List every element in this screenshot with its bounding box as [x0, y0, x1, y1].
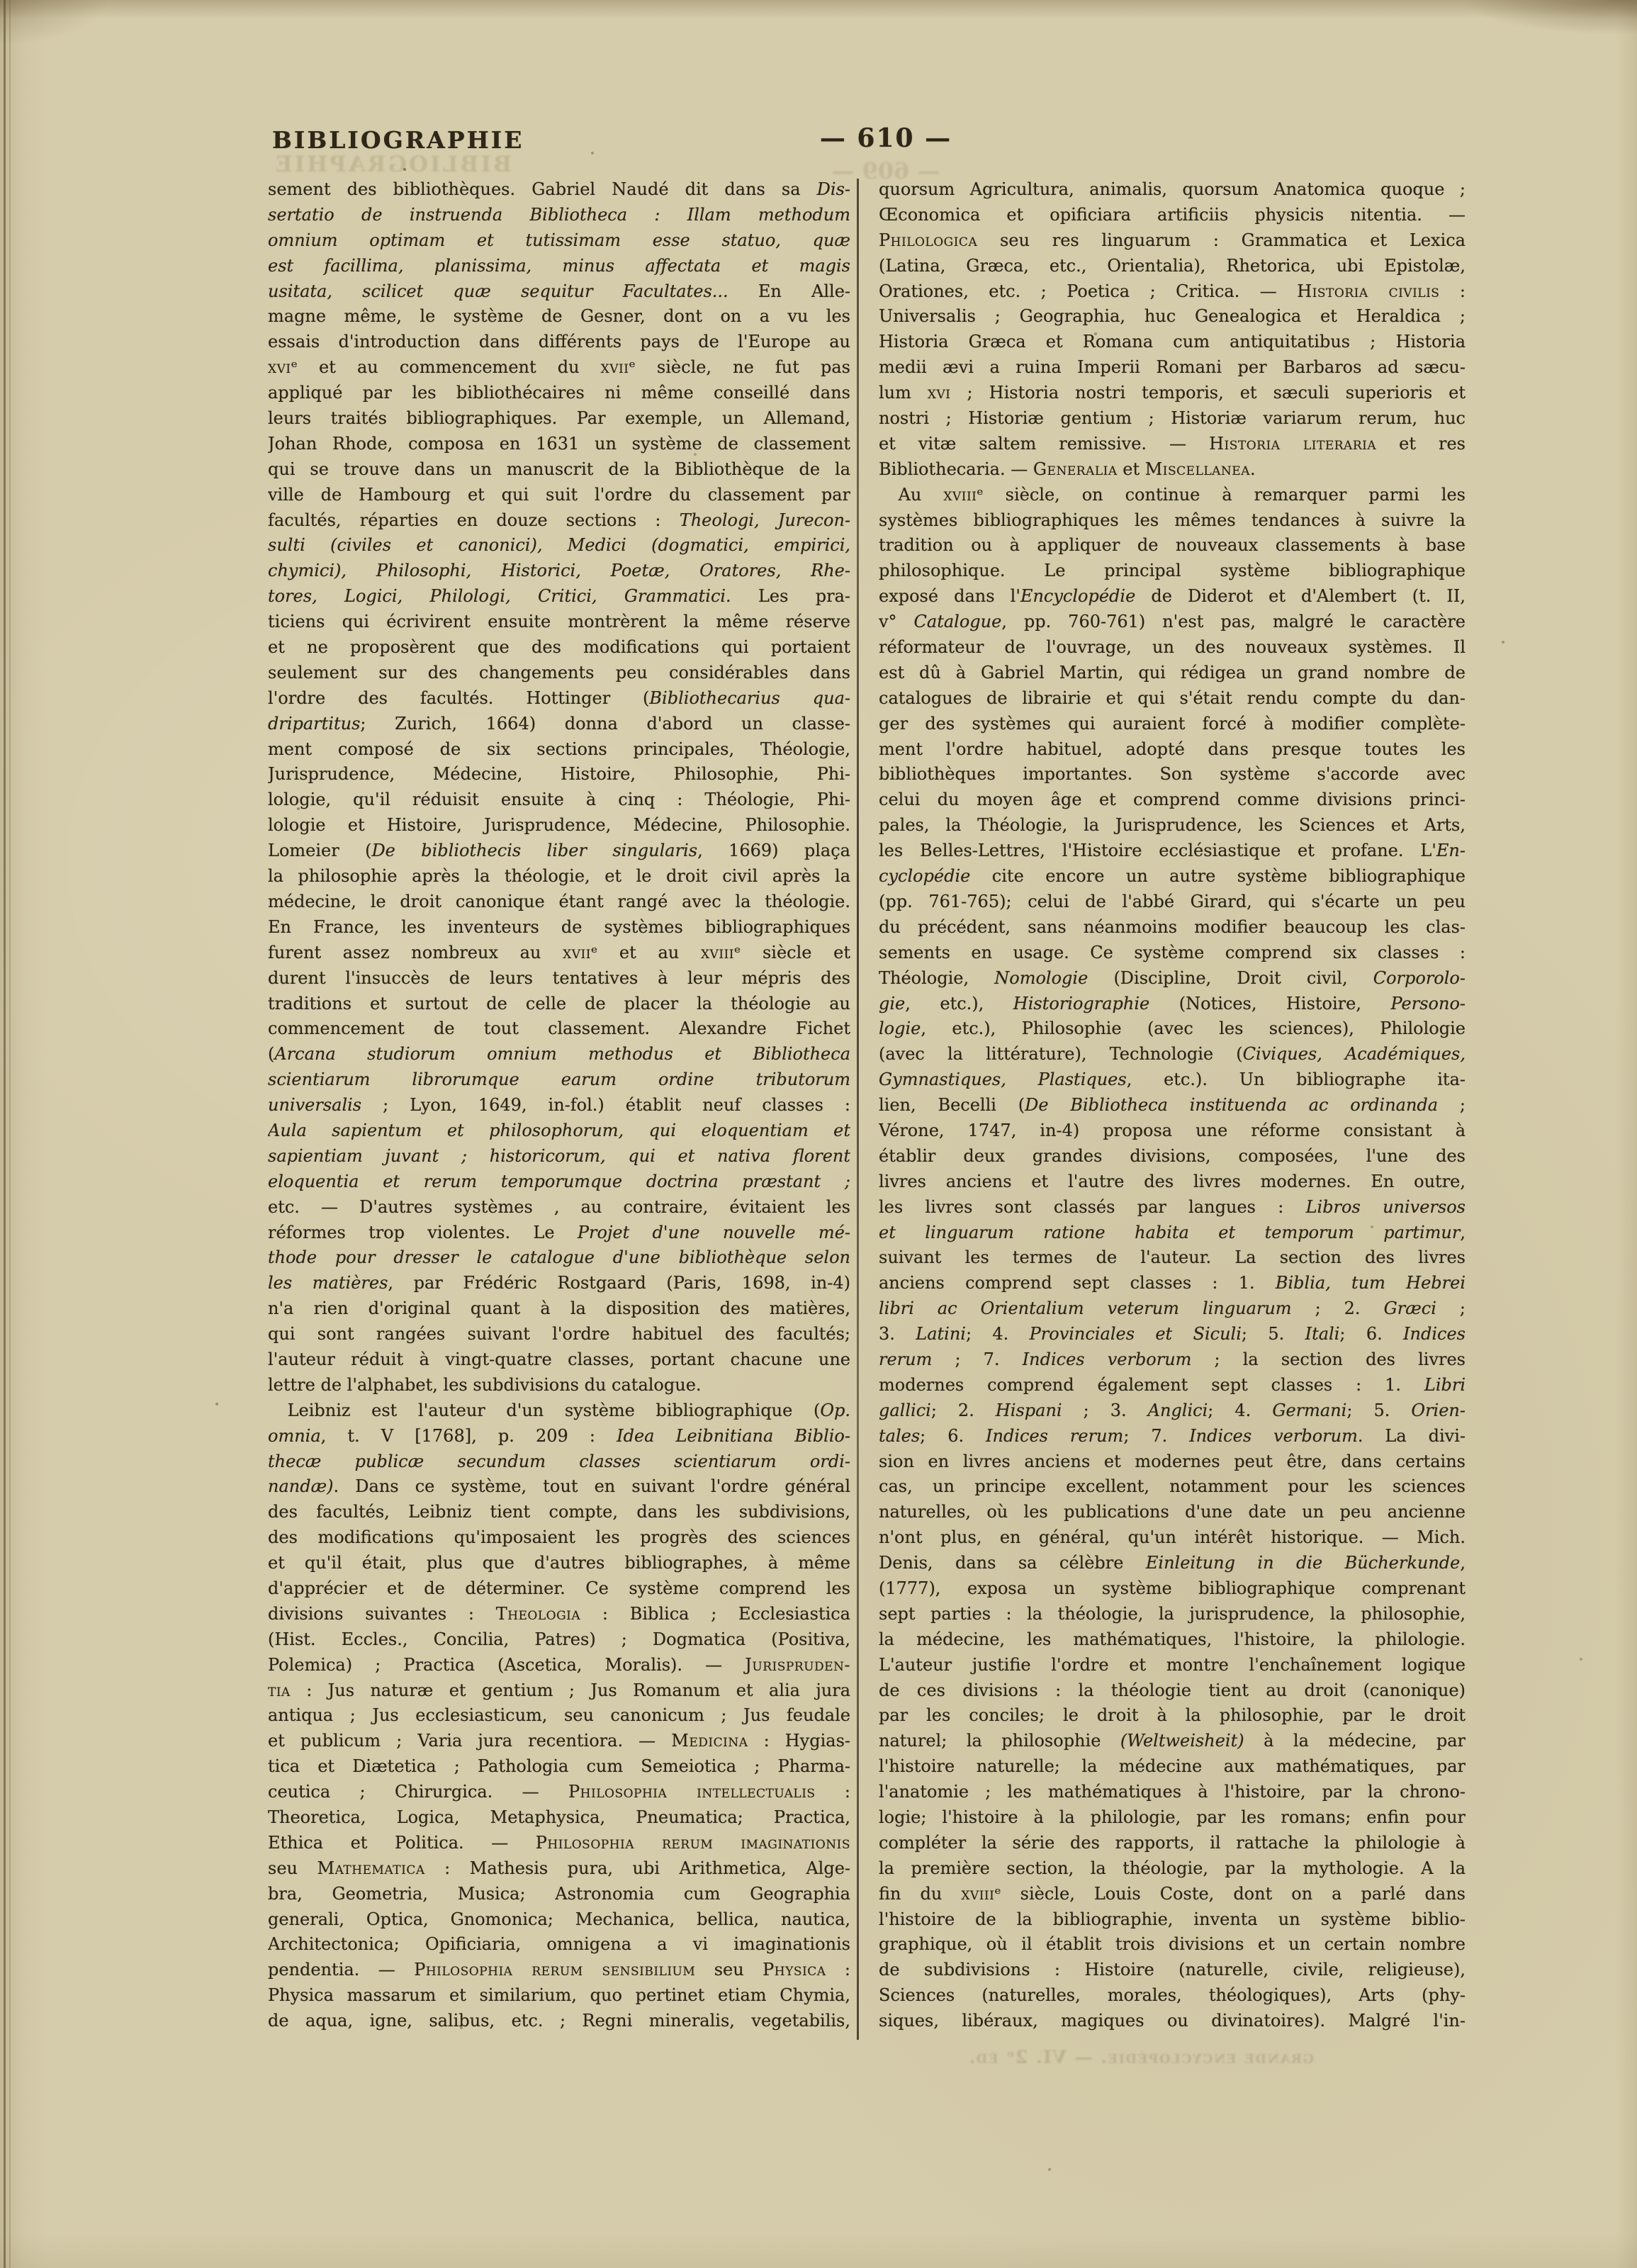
text-line: cas, un principe excellent, notamment po…	[879, 1474, 1466, 1500]
text-line: lum xvi ; Historia nostri temporis, et s…	[879, 381, 1466, 406]
text-line: quorsum Agricultura, animalis, quorsum A…	[879, 177, 1466, 203]
text-line: ger des systèmes qui auraient forcé à mo…	[879, 712, 1466, 737]
text-line: gallici; 2. Hispani ; 3. Anglici; 4. Ger…	[879, 1398, 1466, 1424]
text-line: L'auteur justifie l'ordre et montre l'en…	[879, 1653, 1466, 1678]
text-line: gie, etc.), Historiographie (Notices, Hi…	[879, 992, 1466, 1017]
text-line: thode pour dresser le catalogue d'une bi…	[268, 1245, 850, 1271]
text-line: thecæ publicæ secundum classes scientiar…	[268, 1449, 850, 1475]
text-line: usitata, scilicet quæ sequitur Facultate…	[268, 279, 850, 305]
text-line: generali, Optica, Gnomonica; Mechanica, …	[268, 1907, 850, 1933]
text-line: dripartitus; Zurich, 1664) donna d'abord…	[268, 712, 850, 737]
text-line: la première section, la théologie, par l…	[879, 1856, 1466, 1882]
left-text-column: sement des bibliothèques. Gabriel Naudé …	[268, 177, 850, 2034]
column-divider-rule	[857, 179, 859, 2040]
text-line: lologie, qu'il réduisit ensuite à cinq :…	[268, 787, 850, 813]
text-line: Theoretica, Logica, Metaphysica, Pneumat…	[268, 1805, 850, 1831]
text-line: modernes comprend également sept classes…	[879, 1373, 1466, 1398]
text-line: tales; 6. Indices rerum; 7. Indices verb…	[879, 1424, 1466, 1449]
text-line: Bibliothecaria. — Generalia et Miscellan…	[879, 457, 1466, 483]
text-line: universalis ; Lyon, 1649, in-fol.) établ…	[268, 1093, 850, 1118]
text-line: 3. Latini; 4. Provinciales et Siculi; 5.…	[879, 1322, 1466, 1347]
text-line: la philosophie après la théologie, et le…	[268, 864, 850, 889]
text-line: tia : Jus naturæ et gentium ; Jus Romanu…	[268, 1678, 850, 1704]
text-line: les livres sont classés par langues : Li…	[879, 1195, 1466, 1220]
book-page: BIBLIOGRAPHIE BIBLIOGRAPHIE — 610 — — 60…	[0, 0, 1637, 2268]
text-line: et vitæ saltem remissive. — Historia lit…	[879, 432, 1466, 457]
text-line: Ethica et Politica. — Philosophia rerum …	[268, 1831, 850, 1856]
text-line: Sciences (naturelles, morales, théologiq…	[879, 1983, 1466, 2009]
text-line: systèmes bibliographiques les mêmes tend…	[879, 508, 1466, 534]
text-line: l'ordre des facultés. Hottinger (Bibliot…	[268, 686, 850, 712]
text-line: v° Catalogue, pp. 760-761) n'est pas, ma…	[879, 610, 1466, 635]
text-line: Orationes, etc. ; Poetica ; Critica. — H…	[879, 279, 1466, 305]
text-line: compléter la série des rapports, il ratt…	[879, 1831, 1466, 1856]
text-line: établir deux grandes divisions, composée…	[879, 1144, 1466, 1169]
text-line: (Hist. Eccles., Concilia, Patres) ; Dogm…	[268, 1627, 850, 1653]
text-line: Philologica seu res linguarum : Grammati…	[879, 228, 1466, 254]
text-line: scientiarum librorumque earum ordine tri…	[268, 1067, 850, 1093]
text-line: eloquentia et rerum temporumque doctrina…	[268, 1169, 850, 1195]
text-line: sulti (civiles et canonici), Medici (dog…	[268, 533, 850, 558]
text-line: Gymnastiques, Plastiques, etc.). Un bibl…	[879, 1067, 1466, 1093]
text-line: ceutica ; Chirurgica. — Philosophia inte…	[268, 1780, 850, 1805]
text-line: qui sont rangées suivant l'ordre habitue…	[268, 1322, 850, 1347]
text-line: lettre de l'alphabet, les subdivisions d…	[268, 1373, 850, 1398]
text-line: cyclopédie cite encore un autre système …	[879, 864, 1466, 889]
text-line: sapientiam juvant ; historicorum, qui et…	[268, 1144, 850, 1169]
text-line: suivant les termes de l'auteur. La secti…	[879, 1245, 1466, 1271]
text-line: et qu'il était, plus que d'autres biblio…	[268, 1551, 850, 1576]
text-line: etc. — D'autres systèmes , au contraire,…	[268, 1195, 850, 1220]
page-number: — 610 —	[744, 123, 1028, 153]
text-line: Polemica) ; Practica (Ascetica, Moralis)…	[268, 1653, 850, 1678]
text-line: l'anatomie ; les mathématiques à l'histo…	[879, 1780, 1466, 1805]
text-line: sept parties : la théologie, la jurispru…	[879, 1602, 1466, 1627]
text-line: logie; l'histoire à la philologie, par l…	[879, 1805, 1466, 1831]
text-line: divisions suivantes : Theologia : Biblic…	[268, 1602, 850, 1627]
text-line: l'auteur réduit à vingt-quatre classes, …	[268, 1347, 850, 1373]
text-line: sertatio de instruenda Bibliotheca : Ill…	[268, 203, 850, 228]
text-line: xviᵉ et au commencement du xviiᵉ siècle,…	[268, 355, 850, 381]
text-line: et ne proposèrent que des modifications …	[268, 635, 850, 661]
text-line: pales, la Théologie, la Jurisprudence, l…	[879, 813, 1466, 838]
text-line: de ces divisions : la théologie tient au…	[879, 1678, 1466, 1704]
running-title-showthrough: BIBLIOGRAPHIE	[274, 152, 512, 177]
text-line: philosophique. Le principal système bibl…	[879, 558, 1466, 584]
text-line: d'apprécier et de déterminer. Ce système…	[268, 1576, 850, 1602]
text-line: Denis, dans sa célèbre Einleitung in die…	[879, 1551, 1466, 1576]
text-line: fin du xviiiᵉ siècle, Louis Coste, dont …	[879, 1882, 1466, 1907]
text-line: (1777), exposa un système bibliographiqu…	[879, 1576, 1466, 1602]
text-line: Aula sapientum et philosophorum, qui elo…	[268, 1118, 850, 1144]
running-title: BIBLIOGRAPHIE	[272, 126, 524, 154]
text-line: de aqua, igne, salibus, etc. ; Regni min…	[268, 2009, 850, 2034]
text-line: les matières, par Frédéric Rostgaard (Pa…	[268, 1271, 850, 1296]
text-line: (Arcana studiorum omnium methodus et Bib…	[268, 1042, 850, 1067]
text-line: logie, etc.), Philosophie (avec les scie…	[879, 1016, 1466, 1042]
text-line: lologie et Histoire, Jurisprudence, Méde…	[268, 813, 850, 838]
text-line: ment composé de six sections principales…	[268, 737, 850, 763]
text-line: durent l'insuccès de leurs tentatives à …	[268, 966, 850, 992]
text-line: antiqua ; Jus ecclesiasticum, seu canoni…	[268, 1703, 850, 1729]
text-line: commencement de tout classement. Alexand…	[268, 1016, 850, 1042]
text-line: par les conciles; le droit à la philosop…	[879, 1703, 1466, 1729]
text-line: omnium optimam et tutissimam esse statuo…	[268, 228, 850, 254]
text-line: réformateur de l'ouvrage, un des nouveau…	[879, 635, 1466, 661]
text-line: Universalis ; Geographia, huc Genealogic…	[879, 304, 1466, 330]
text-line: Au xviiiᵉ siècle, on continue à remarque…	[879, 483, 1466, 508]
text-line: seulement sur des changements peu consid…	[268, 661, 850, 686]
text-line: du précédent, sans néanmoins modifier be…	[879, 915, 1466, 941]
text-line: magne même, le système de Gesner, dont o…	[268, 304, 850, 330]
text-line: omnia, t. V [1768], p. 209 : Idea Leibni…	[268, 1424, 850, 1449]
text-line: catalogues de librairie et qui s'était r…	[879, 686, 1466, 712]
text-line: (avec la littérature), Technologie (Civi…	[879, 1042, 1466, 1067]
text-line: Physica massarum et similarium, quo pert…	[268, 1983, 850, 2009]
text-line: Architectonica; Opificiaria, omnigena a …	[268, 1932, 850, 1958]
text-line: Œconomica et opificiara artificiis physi…	[879, 203, 1466, 228]
text-line: l'histoire naturelle; la médecine aux ma…	[879, 1754, 1466, 1780]
text-line: des modifications qu'imposaient les prog…	[268, 1525, 850, 1551]
text-line: Jurisprudence, Médecine, Histoire, Philo…	[268, 762, 850, 787]
text-line: Historia Græca et Romana cum antiquitati…	[879, 330, 1466, 355]
text-line: ment l'ordre habituel, adopté dans presq…	[879, 737, 1466, 763]
text-line: En France, les inventeurs de systèmes bi…	[268, 915, 850, 941]
text-line: les Belles-Lettres, l'Histoire ecclésias…	[879, 838, 1466, 864]
text-line: des facultés, Leibniz tient compte, dans…	[268, 1500, 850, 1525]
gutter-fold-line	[4, 0, 6, 2268]
text-line: livres anciens et l'autre des livres mod…	[879, 1169, 1466, 1195]
text-line: bibliothèques importantes. Son système s…	[879, 762, 1466, 787]
text-line: et linguarum ratione habita et temporum …	[879, 1220, 1466, 1246]
text-line: essais d'introduction dans différents pa…	[268, 330, 850, 355]
text-line: la médecine, les mathématiques, l'histoi…	[879, 1627, 1466, 1653]
text-line: qui se trouve dans un manuscrit de la Bi…	[268, 457, 850, 483]
text-line: nostri ; Historiæ gentium ; Historiæ var…	[879, 406, 1466, 432]
text-line: sements en usage. Ce système comprend si…	[879, 941, 1466, 966]
text-line: est facillima, planissima, minus affecta…	[268, 254, 850, 279]
text-line: exposé dans l'Encyclopédie de Diderot et…	[879, 584, 1466, 610]
text-line: siques, libéraux, magiques ou divinatoir…	[879, 2009, 1466, 2034]
text-line: sement des bibliothèques. Gabriel Naudé …	[268, 177, 850, 203]
text-line: libri ac Orientalium veterum linguarum ;…	[879, 1296, 1466, 1322]
text-line: Leibniz est l'auteur d'un système biblio…	[268, 1398, 850, 1424]
text-line: Théologie, Nomologie (Discipline, Droit …	[879, 966, 1466, 992]
text-line: ticiens qui écrivirent ensuite montrèren…	[268, 610, 850, 635]
text-line: chymici), Philosophi, Historici, Poetæ, …	[268, 558, 850, 584]
text-line: facultés, réparties en douze sections : …	[268, 508, 850, 534]
gutter-fold-line-secondary	[9, 0, 11, 2268]
text-line: ville de Hambourg et qui suit l'ordre du…	[268, 483, 850, 508]
text-line: réformes trop violentes. Le Projet d'une…	[268, 1220, 850, 1246]
text-line: leurs traités bibliographiques. Par exem…	[268, 406, 850, 432]
text-line: traditions et surtout de celle de placer…	[268, 992, 850, 1017]
text-line: l'histoire de la bibliographie, inventa …	[879, 1907, 1466, 1933]
text-line: medii ævi a ruina Imperii Romani per Bar…	[879, 355, 1466, 381]
text-line: et publicum ; Varia jura recentiora. — M…	[268, 1729, 850, 1754]
text-line: seu Mathematica : Mathesis pura, ubi Ari…	[268, 1856, 850, 1882]
text-line: Vérone, 1747, in-4) proposa une réforme …	[879, 1118, 1466, 1144]
text-line: lien, Becelli (De Bibliotheca instituend…	[879, 1093, 1466, 1118]
text-line: nandæ). Dans ce système, tout en suivant…	[268, 1474, 850, 1500]
text-line: naturel; la philosophie (Weltweisheit) à…	[879, 1729, 1466, 1754]
text-line: bra, Geometria, Musica; Astronomia cum G…	[268, 1882, 850, 1907]
text-line: celui du moyen âge et comprend comme div…	[879, 787, 1466, 813]
text-line: tores, Logici, Philologi, Critici, Gramm…	[268, 584, 850, 610]
paper-specks	[0, 0, 1, 1]
text-line: graphique, où il établit trois divisions…	[879, 1932, 1466, 1958]
text-line: pendentia. — Philosophia rerum sensibili…	[268, 1958, 850, 1983]
text-line: est dû à Gabriel Martin, qui rédigea un …	[879, 661, 1466, 686]
text-line: furent assez nombreux au xviiᵉ et au xvi…	[268, 941, 850, 966]
right-text-column: quorsum Agricultura, animalis, quorsum A…	[879, 177, 1466, 2034]
text-line: anciens comprend sept classes : 1. Bibli…	[879, 1271, 1466, 1296]
text-line: sion en livres anciens et modernes peut …	[879, 1449, 1466, 1475]
text-line: appliqué par les bibliothécaires ni même…	[268, 381, 850, 406]
text-line: Johan Rhode, composa en 1631 un système …	[268, 432, 850, 457]
text-line: n'ont plus, en général, qu'un intérêt hi…	[879, 1525, 1466, 1551]
text-line: (pp. 761-765); celui de l'abbé Girard, q…	[879, 889, 1466, 915]
text-line: de subdivisions : Histoire (naturelle, c…	[879, 1958, 1466, 1983]
text-line: médecine, le droit canonique étant rangé…	[268, 889, 850, 915]
text-line: rerum ; 7. Indices verborum ; la section…	[879, 1347, 1466, 1373]
text-line: Lomeier (De bibliothecis liber singulari…	[268, 838, 850, 864]
text-line: n'a rien d'original quant à la dispositi…	[268, 1296, 850, 1322]
text-line: tica et Diætetica ; Pathologia cum Semei…	[268, 1754, 850, 1780]
text-line: (Latina, Græca, etc., Orientalia), Rheto…	[879, 254, 1466, 279]
printer-signature-showthrough: grande encyclopédie. — VI. 2ᵉ éd.	[935, 2047, 1346, 2067]
text-line: naturelles, où les publications d'une da…	[879, 1500, 1466, 1525]
text-line: tradition ou à appliquer de nouveaux cla…	[879, 533, 1466, 558]
